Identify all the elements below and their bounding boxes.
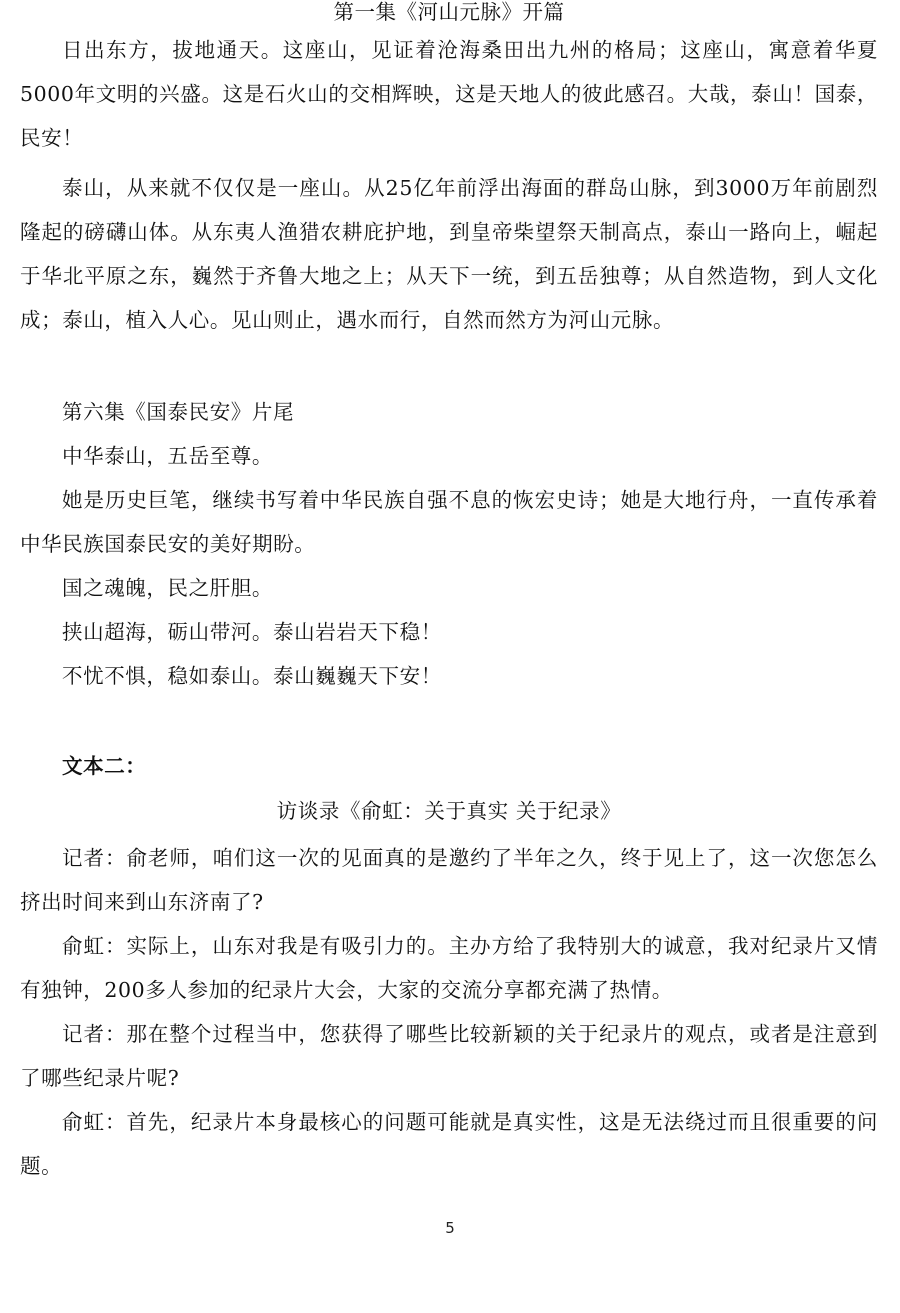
closing-line-2: 她是历史巨笔，继续书写着中华民族自强不息的恢宏史诗；她是大地行舟，一直传承着中华… [20,478,878,566]
dialogue-1: 记者：俞老师，咱们这一次的见面真的是邀约了半年之久，终于见上了，这一次您怎么挤出… [20,836,878,924]
dialogue-4: 俞虹：首先，纪录片本身最核心的问题可能就是真实性，这是无法绕过而且很重要的问题。 [20,1100,878,1188]
interview-title: 访谈录《俞虹：关于真实 关于纪录》 [20,789,878,833]
page-number: 5 [0,1219,900,1237]
closing-line-3: 国之魂魄，民之肝胆。 [20,566,878,610]
dialogue-2: 俞虹：实际上，山东对我是有吸引力的。主办方给了我特别大的诚意，我对纪录片又情有独… [20,924,878,1012]
text-2-label: 文本二： [20,744,878,788]
episode-1-title: 第一集《河山元脉》开篇 [20,0,878,24]
dialogue-3: 记者：那在整个过程当中，您获得了哪些比较新颖的关于纪录片的观点，或者是注意到了哪… [20,1012,878,1100]
paragraph-opening-2: 泰山，从来就不仅仅是一座山。从25亿年前浮出海面的群岛山脉，到3000万年前剧烈… [20,166,878,342]
closing-line-5: 不忧不惧，稳如泰山。泰山巍巍天下安！ [20,654,878,698]
paragraph-opening-1: 日出东方，拔地通天。这座山，见证着沧海桑田出九州的格局；这座山，寓意着华夏500… [20,28,878,160]
episode-6-subtitle: 第六集《国泰民安》片尾 [20,390,878,434]
closing-line-4: 挟山超海，砺山带河。泰山岩岩天下稳！ [20,610,878,654]
closing-line-1: 中华泰山，五岳至尊。 [20,434,878,478]
